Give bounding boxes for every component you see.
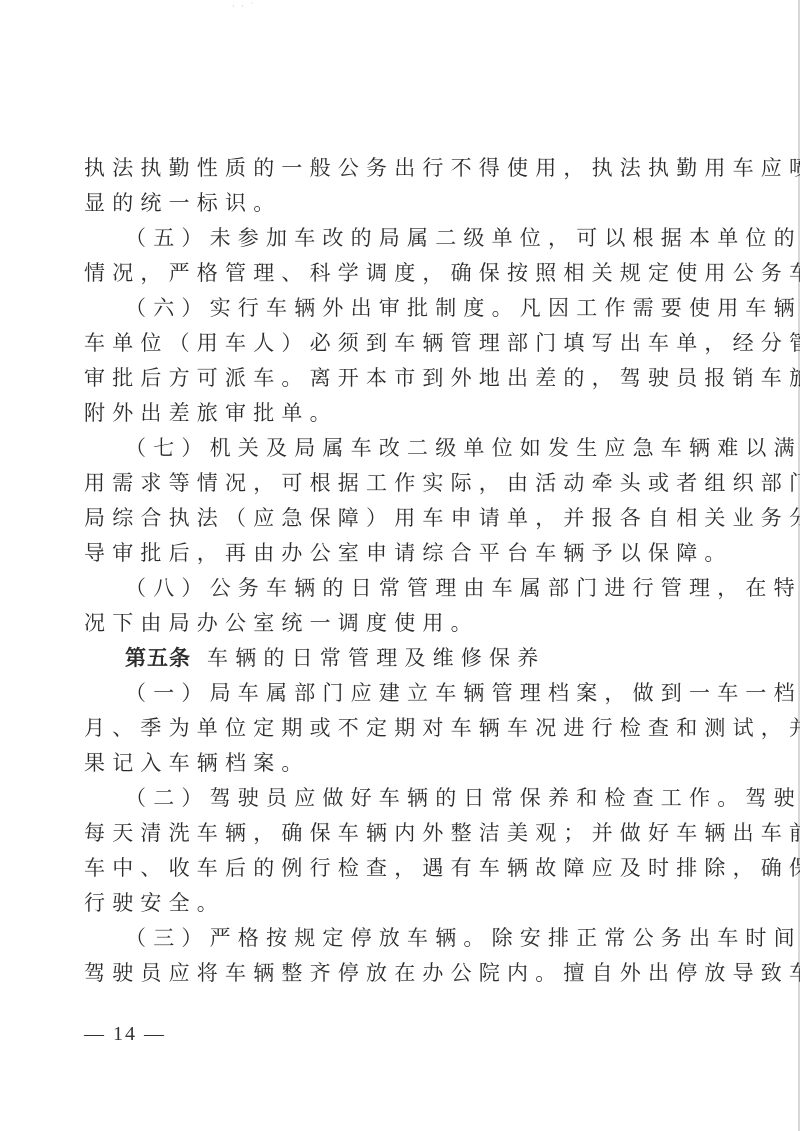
text-line: 显的统一标识。	[84, 191, 281, 215]
text-line: 局综合执法（应急保障）用车申请单，并报各自相关业务分管领	[84, 506, 800, 530]
text-line: 果记入车辆档案。	[84, 751, 310, 775]
text-line: 每天清洗车辆，确保车辆内外整洁美观；并做好车辆出车前、行	[84, 821, 800, 845]
page-number: — 14 —	[84, 1023, 166, 1046]
document-page: · · ˙ 执法执勤性质的一般公务出行不得使用，执法执勤用车应喷涂明显的统一标识…	[0, 0, 800, 1131]
text-line: 车单位（用车人）必须到车辆管理部门填写出车单，经分管领导	[84, 331, 800, 355]
text-line: （五）未参加车改的局属二级单位，可以根据本单位的工作	[125, 226, 800, 250]
text-line: 情况，严格管理、科学调度，确保按照相关规定使用公务车辆。	[84, 261, 800, 285]
text-line: 审批后方可派车。离开本市到外地出差的，驾驶员报销车旅费须	[84, 366, 800, 390]
text-line: 月、季为单位定期或不定期对车辆车况进行检查和测试，并将结	[84, 716, 800, 740]
text-line: （一）局车属部门应建立车辆管理档案，做到一车一档，以	[125, 681, 800, 705]
text-line: 导审批后，再由办公室申请综合平台车辆予以保障。	[84, 541, 733, 565]
article-label: 第五条	[125, 646, 191, 670]
text-line: （二）驾驶员应做好车辆的日常保养和检查工作。驾驶员应	[125, 786, 800, 810]
text-line: 况下由局办公室统一调度使用。	[84, 611, 479, 635]
text-line: （七）机关及局属车改二级单位如发生应急车辆难以满足使	[125, 436, 800, 460]
text-line: 驾驶员应将车辆整齐停放在办公院内。擅自外出停放导致车辆被	[84, 961, 800, 985]
article-heading: 第五条车辆的日常管理及维修保养	[125, 646, 545, 670]
article-title: 车辆的日常管理及维修保养	[207, 646, 545, 670]
text-line: （六）实行车辆外出审批制度。凡因工作需要使用车辆的用	[125, 296, 800, 320]
text-line: 行驶安全。	[84, 891, 225, 915]
text-line: 附外出差旅审批单。	[84, 401, 338, 425]
text-line: 执法执勤性质的一般公务出行不得使用，执法执勤用车应喷涂明	[84, 156, 800, 180]
text-line: 车中、收车后的例行检查，遇有车辆故障应及时排除，确保车辆	[84, 856, 800, 880]
text-line: 用需求等情况，可根据工作实际，由活动牵头或者组织部门填写	[84, 471, 800, 495]
text-line: （八）公务车辆的日常管理由车属部门进行管理，在特殊情	[125, 576, 800, 600]
scan-artifact: · · ˙	[232, 2, 256, 11]
text-line: （三）严格按规定停放车辆。除安排正常公务出车时间之外，	[125, 926, 800, 950]
